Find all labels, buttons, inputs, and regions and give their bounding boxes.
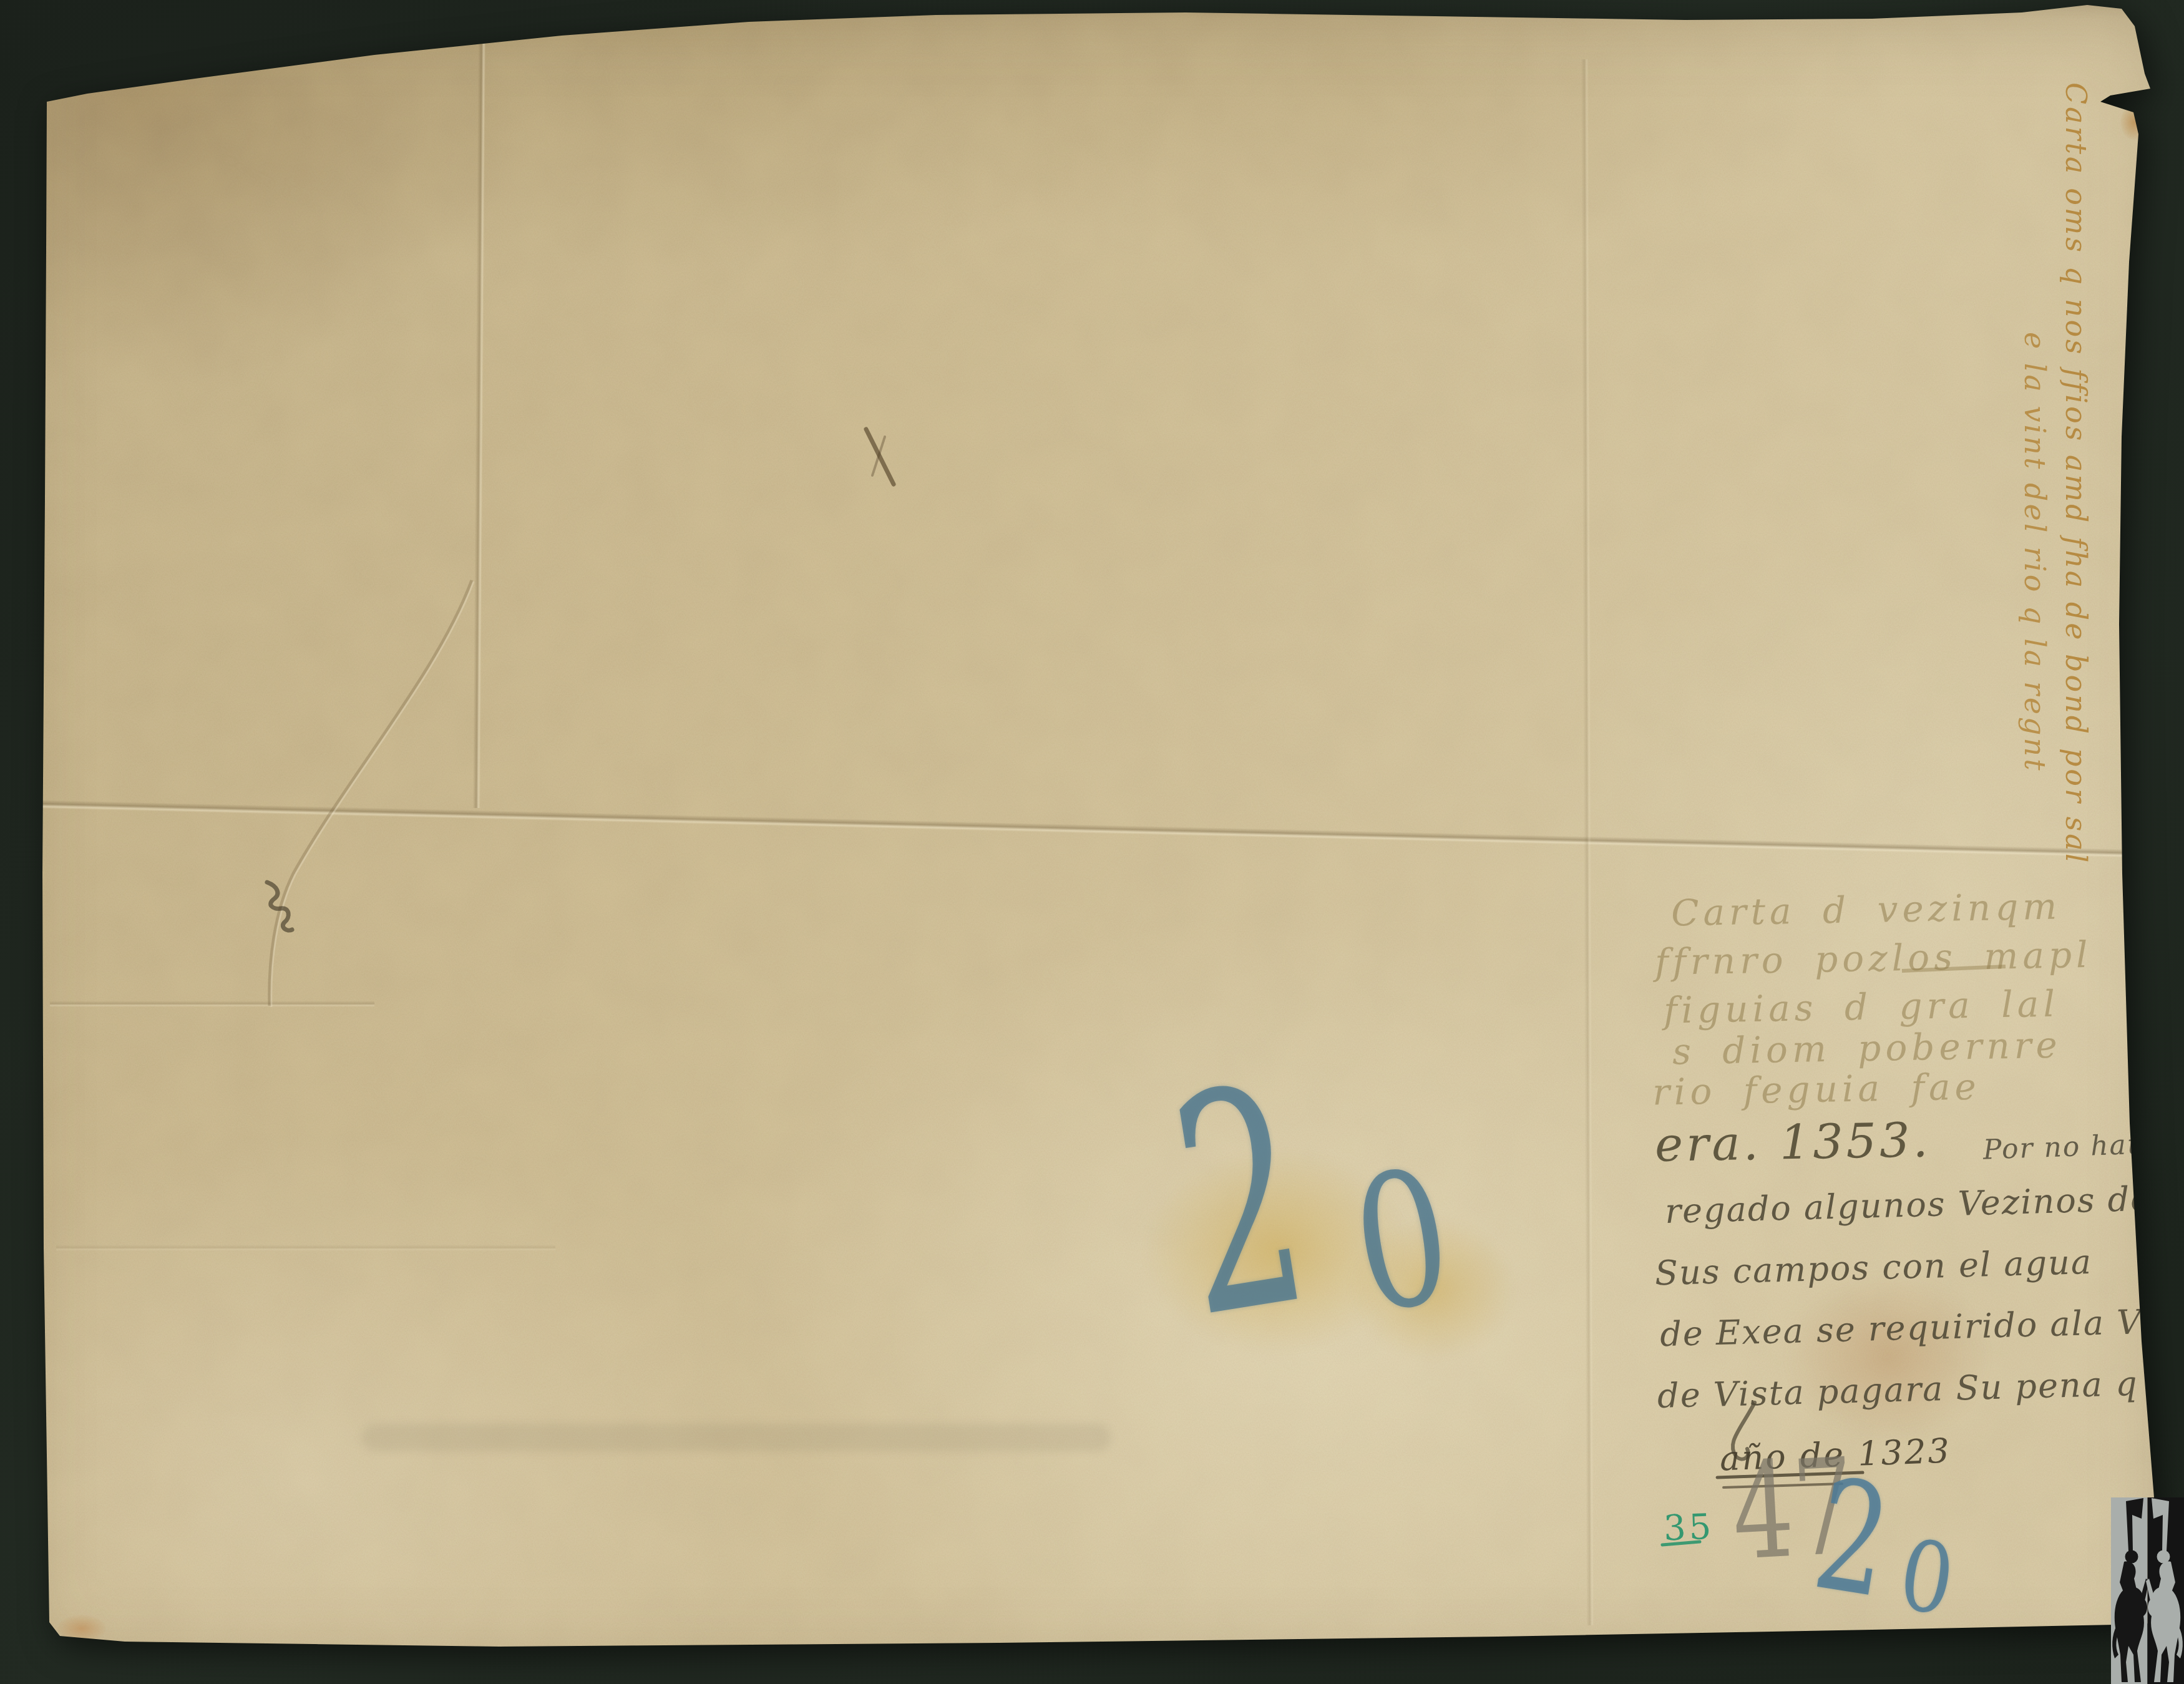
blue-crayon-number-small: 20 xyxy=(1794,1467,1971,1621)
blue-crayon-number-center: 20 xyxy=(1128,1055,1469,1334)
blue-center-digit-0: 0 xyxy=(1346,1162,1460,1321)
parchment-wrapper: Carta d vezinqm ffrnro pozlos mapl figui… xyxy=(0,0,2184,1684)
photo-background: Carta d vezinqm ffrnro pozlos mapl figui… xyxy=(0,0,2184,1684)
vertical-script-line-2: e la vint del rio q la regnt xyxy=(2014,82,2055,675)
blue-small-digit-2: 2 xyxy=(1808,1469,1897,1609)
faded-ink-line-1: Carta d vezinqm xyxy=(1670,885,2061,935)
faint-smudge-band xyxy=(362,1424,1111,1451)
faded-ink-line-5: rio feguia fae xyxy=(1652,1065,1981,1113)
faded-ink-line-2: ffrnro pozlos mapl xyxy=(1654,933,2092,983)
era-date-label: era. 1353. xyxy=(1654,1112,1931,1172)
vertical-script-line-1: Carta oms q nos ffios amd fha de bond po… xyxy=(2055,82,2097,675)
era-line-tail: Por no hauer. xyxy=(1982,1127,2184,1166)
blue-small-digit-0: 0 xyxy=(1894,1534,1959,1623)
vertical-medieval-script: Carta oms q nos ffios amd fha de bond po… xyxy=(2009,82,2097,675)
blue-center-digit-2: 2 xyxy=(1164,1079,1317,1328)
parchment-document: Carta d vezinqm ffrnro pozlos mapl figui… xyxy=(0,0,2184,1684)
faded-ink-line-4: s diom pobernre xyxy=(1672,1024,2062,1073)
archive-logo xyxy=(2111,1497,2184,1684)
green-number: 35 xyxy=(1663,1507,1715,1549)
